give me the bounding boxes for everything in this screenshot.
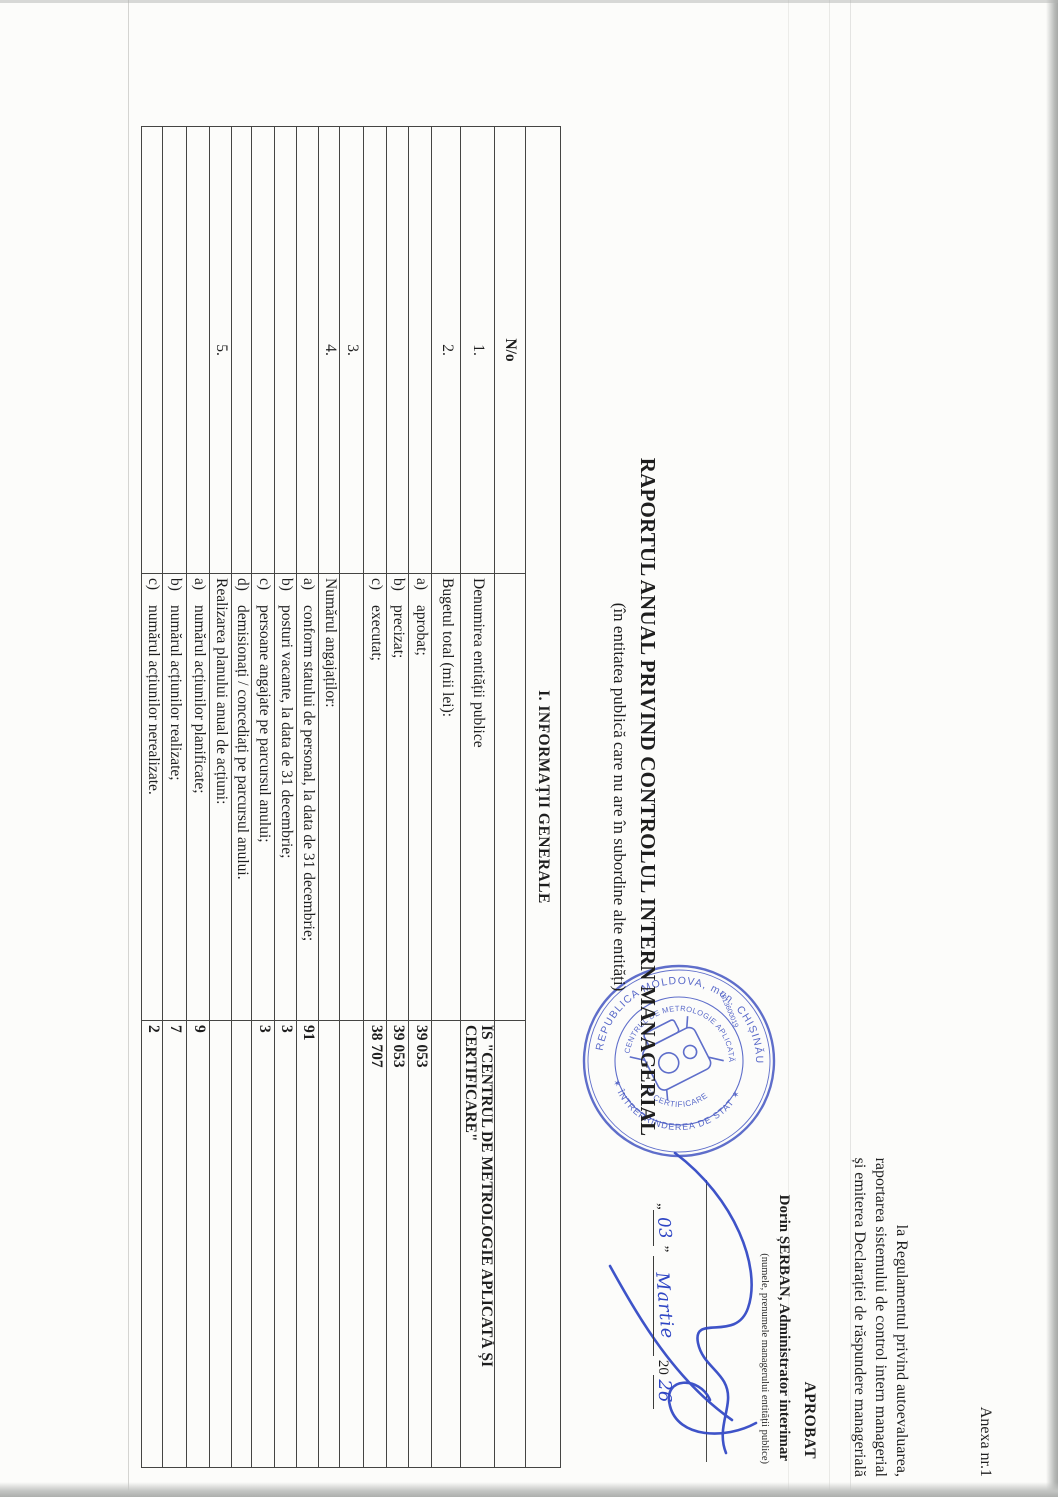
row-value-cell: 39 053 [409,1021,432,1468]
table-row: a)conform statului de personal, la data … [297,127,319,1468]
document-content: Anexa nr.1 la Regulamentul privind autoe… [0,0,1058,1497]
scan-crease [850,0,851,1497]
row-label-cell: Numărul angajaților: [319,574,340,1021]
row-value-cell: 3 [252,1021,275,1468]
row-value-cell: 39 053 [387,1021,409,1468]
row-number-cell [187,127,210,574]
table-row: c)numărul acțiunilor nerealizate. 2 [142,127,163,1468]
row-number-cell [252,127,275,574]
scanner-edge-shadow [1046,0,1058,1497]
annex-number: Anexa nr.1 [976,1407,994,1477]
annex-reference-line: la Regulamentul privind autoevaluarea, [891,1158,912,1477]
row-number-cell [297,127,319,574]
table-row: d)demisionați / concediați pe parcursul … [232,127,252,1468]
row-number-cell [232,127,252,574]
table-row: c)persoane angajate pe parcursul anului;… [252,127,275,1468]
row-value-cell: ÎS "CENTRUL DE METROLOGIE APLICATĂ ȘI CE… [461,1021,495,1468]
scan-crease [128,0,129,1497]
row-label-cell: b)posturi vacante, la data de 31 decembr… [275,574,297,1021]
row-value-cell [340,1021,364,1468]
table-row: 2. Bugetul total (mii lei): [432,127,461,1468]
scan-crease [788,0,789,1497]
row-value-cell: 3 [275,1021,297,1468]
table-row: b)numărul acțiunilor realizate; 7 [163,127,187,1468]
report-subtitle: (în entitatea publică care nu are în sub… [609,126,629,1468]
row-number-cell [275,127,297,574]
table-row: 4. Numărul angajaților: [319,127,340,1468]
row-number-cell [142,127,163,574]
column-header-row: N/o [495,127,526,1468]
row-value-cell: 9 [187,1021,210,1468]
row-number-cell [364,127,387,574]
annex-reference-line: raportarea sistemului de control intern … [870,1158,891,1477]
row-label-cell: c)executat; [364,574,387,1021]
official-stamp: REPUBLICA MOLDOVA, mun. CHIȘINĂU ✶ ÎNTRE… [573,955,785,1167]
row-value-cell [210,1021,232,1468]
row-value-cell: 91 [297,1021,319,1468]
row-value-cell: 2 [142,1021,163,1468]
table-row: a)aprobat; 39 053 [409,127,432,1468]
row-number-cell [387,127,409,574]
row-label-cell: Bugetul total (mii lei): [432,574,461,1021]
table-row: 5. Realizarea planului anual de acțiuni: [210,127,232,1468]
section-header-row: I. INFORMAȚII GENERALE [526,127,561,1468]
approved-label: APROBAT [800,1382,818,1459]
scanner-edge-shadow [0,0,1058,3]
row-number-cell: 5. [210,127,232,574]
row-value-cell [432,1021,461,1468]
table-row: b)precizat; 39 053 [387,127,409,1468]
row-number-cell: 1. [461,127,495,574]
row-label-cell: a)numărul acțiunilor planificate; [187,574,210,1021]
annex-reference: la Regulamentul privind autoevaluarea, r… [849,1158,912,1477]
row-value-cell: 38 707 [364,1021,387,1468]
row-label-cell: c)numărul acțiunilor nerealizate. [142,574,163,1021]
table-row: a)numărul acțiunilor planificate; 9 [187,127,210,1468]
table-row: b)posturi vacante, la data de 31 decembr… [275,127,297,1468]
row-label-cell: a)aprobat; [409,574,432,1021]
row-number-cell: 2. [432,127,461,574]
row-number-cell [409,127,432,574]
table-row: 3. [340,127,364,1468]
no-column-header: N/o [495,127,526,574]
report-title: RAPORTUL ANUAL PRIVIND CONTROLUL INTERN … [635,126,660,1468]
annex-reference-line: și emiterea Declarației de răspundere ma… [849,1158,870,1477]
table-row: c)executat; 38 707 [364,127,387,1468]
manager-name: Dorin ȘERBAN, Administrator interimar [775,1195,792,1461]
row-label-cell: d)demisionați / concediați pe parcursul … [232,574,252,1021]
table-row: 1. Denumirea entității publice ÎS "CENTR… [461,127,495,1468]
row-label-cell: c)persoane angajate pe parcursul anului; [252,574,275,1021]
row-number-cell: 3. [340,127,364,574]
row-value-cell: 7 [163,1021,187,1468]
row-label-cell: b)numărul acțiunilor realizate; [163,574,187,1021]
row-label-cell: Realizarea planului anual de acțiuni: [210,574,232,1021]
row-number-cell [163,127,187,574]
row-value-cell [319,1021,340,1468]
row-label-cell: Denumirea entității publice [461,574,495,1021]
general-information-table: I. INFORMAȚII GENERALE N/o 1. Denumirea … [141,126,561,1468]
row-label-cell: b)precizat; [387,574,409,1021]
row-label-cell [340,574,364,1021]
row-number-cell: 4. [319,127,340,574]
section-header: I. INFORMAȚII GENERALE [526,127,561,1468]
row-label-cell: a)conform statului de personal, la data … [297,574,319,1021]
scanned-page: Anexa nr.1 la Regulamentul privind autoe… [0,0,1058,1497]
scan-crease [829,0,830,1497]
scanner-edge-shadow [0,1482,1058,1497]
row-value-cell [232,1021,252,1468]
